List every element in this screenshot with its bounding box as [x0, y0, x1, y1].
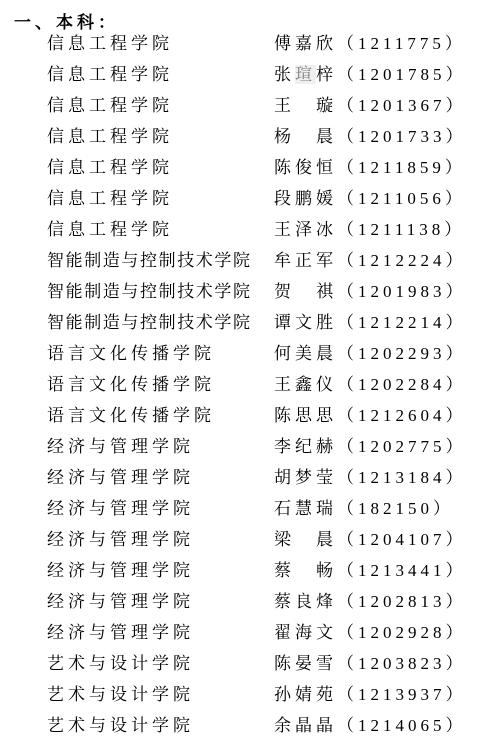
student-name: 贺 祺 [274, 282, 337, 301]
list-item: 艺术与设计学院余晶晶（1214065） [0, 710, 488, 741]
student-id: （1211775） [337, 34, 466, 53]
college-name: 信息工程学院 [47, 152, 173, 183]
student-entry: 贺 祺（1201983） [274, 276, 467, 307]
student-entry: 张瑄梓（1201785） [274, 59, 467, 90]
student-id: （1204107） [337, 530, 467, 549]
student-name: 蔡 畅 [274, 561, 337, 580]
college-name: 语言文化传播学院 [47, 400, 215, 431]
student-name: 段鹏媛 [274, 189, 337, 208]
college-name: 经济与管理学院 [47, 617, 194, 648]
document-page: 一、本科： 信息工程学院傅嘉欣（1211775）信息工程学院张瑄梓（120178… [0, 0, 488, 752]
college-name: 艺术与设计学院 [47, 679, 194, 710]
student-id: （1201733） [337, 127, 467, 146]
college-name: 艺术与设计学院 [47, 710, 194, 741]
student-list: 信息工程学院傅嘉欣（1211775）信息工程学院张瑄梓（1201785）信息工程… [0, 28, 488, 741]
college-name: 经济与管理学院 [47, 493, 194, 524]
student-id: （1213937） [337, 685, 467, 704]
student-name: 陈思思 [274, 406, 337, 425]
list-item: 经济与管理学院翟海文（1202928） [0, 617, 488, 648]
student-entry: 蔡 畅（1213441） [274, 555, 467, 586]
list-item: 语言文化传播学院王鑫仪（1202284） [0, 369, 488, 400]
student-entry: 陈思思（1212604） [274, 400, 467, 431]
student-id: （1201983） [337, 282, 467, 301]
college-name: 经济与管理学院 [47, 555, 194, 586]
student-entry: 胡梦莹（1213184） [274, 462, 467, 493]
college-name: 语言文化传播学院 [47, 369, 215, 400]
list-item: 信息工程学院傅嘉欣（1211775） [0, 28, 488, 59]
student-name: 王泽冰 [274, 220, 337, 239]
student-name: 李纪赫 [274, 437, 337, 456]
list-item: 经济与管理学院胡梦莹（1213184） [0, 462, 488, 493]
student-entry: 余晶晶（1214065） [274, 710, 467, 741]
student-name: 陈俊恒 [274, 158, 337, 177]
college-name: 智能制造与控制技术学院 [47, 245, 252, 276]
list-item: 信息工程学院王泽冰（1211138） [0, 214, 488, 245]
list-item: 智能制造与控制技术学院谭文胜（1212214） [0, 307, 488, 338]
student-id: （1212214） [337, 313, 467, 332]
list-item: 语言文化传播学院何美晨（1202293） [0, 338, 488, 369]
college-name: 经济与管理学院 [47, 431, 194, 462]
student-id: （1202293） [337, 344, 467, 363]
college-name: 信息工程学院 [47, 121, 173, 152]
college-name: 艺术与设计学院 [47, 648, 194, 679]
list-item: 经济与管理学院李纪赫（1202775） [0, 431, 488, 462]
student-entry: 牟正军（1212224） [274, 245, 467, 276]
student-name: 王鑫仪 [274, 375, 337, 394]
list-item: 艺术与设计学院孙婧苑（1213937） [0, 679, 488, 710]
list-item: 经济与管理学院石慧瑞（182150） [0, 493, 488, 524]
college-name: 信息工程学院 [47, 28, 173, 59]
student-id: （1201785） [337, 65, 467, 84]
student-name: 胡梦莹 [274, 468, 337, 487]
student-id: （1203823） [337, 654, 467, 673]
college-name: 智能制造与控制技术学院 [47, 276, 252, 307]
student-id: （1212604） [337, 406, 467, 425]
student-name: 石慧瑞 [274, 499, 337, 518]
student-name: 张瑄梓 [274, 65, 337, 84]
student-id: （1214065） [337, 716, 467, 735]
student-entry: 王鑫仪（1202284） [274, 369, 467, 400]
student-entry: 孙婧苑（1213937） [274, 679, 467, 710]
list-item: 智能制造与控制技术学院牟正军（1212224） [0, 245, 488, 276]
list-item: 经济与管理学院蔡良烽（1202813） [0, 586, 488, 617]
student-id: （1202928） [337, 623, 467, 642]
student-entry: 翟海文（1202928） [274, 617, 467, 648]
student-id: （1213441） [337, 561, 467, 580]
student-name: 孙婧苑 [274, 685, 337, 704]
list-item: 经济与管理学院蔡 畅（1213441） [0, 555, 488, 586]
student-id: （1201367） [337, 96, 467, 115]
student-entry: 蔡良烽（1202813） [274, 586, 467, 617]
college-name: 智能制造与控制技术学院 [47, 307, 252, 338]
student-entry: 梁 晨（1204107） [274, 524, 467, 555]
student-id: （1202813） [337, 592, 467, 611]
student-name: 蔡良烽 [274, 592, 337, 611]
list-item: 信息工程学院陈俊恒（1211859） [0, 152, 488, 183]
student-name: 王 璇 [274, 96, 337, 115]
student-entry: 傅嘉欣（1211775） [274, 28, 466, 59]
list-item: 信息工程学院段鹏媛（1211056） [0, 183, 488, 214]
list-item: 信息工程学院王 璇（1201367） [0, 90, 488, 121]
student-name: 牟正军 [274, 251, 337, 270]
student-entry: 李纪赫（1202775） [274, 431, 467, 462]
student-entry: 段鹏媛（1211056） [274, 183, 466, 214]
list-item: 智能制造与控制技术学院贺 祺（1201983） [0, 276, 488, 307]
student-name: 谭文胜 [274, 313, 337, 332]
college-name: 信息工程学院 [47, 214, 173, 245]
student-entry: 石慧瑞（182150） [274, 493, 454, 524]
student-name: 杨 晨 [274, 127, 337, 146]
student-name: 何美晨 [274, 344, 337, 363]
college-name: 信息工程学院 [47, 183, 173, 214]
list-item: 信息工程学院杨 晨（1201733） [0, 121, 488, 152]
student-id: （1213184） [337, 468, 467, 487]
college-name: 经济与管理学院 [47, 462, 194, 493]
college-name: 语言文化传播学院 [47, 338, 215, 369]
list-item: 艺术与设计学院陈晏雪（1203823） [0, 648, 488, 679]
list-item: 经济与管理学院梁 晨（1204107） [0, 524, 488, 555]
student-entry: 陈晏雪（1203823） [274, 648, 467, 679]
student-name: 梁 晨 [274, 530, 337, 549]
student-entry: 谭文胜（1212214） [274, 307, 467, 338]
student-name: 翟海文 [274, 623, 337, 642]
list-item: 语言文化传播学院陈思思（1212604） [0, 400, 488, 431]
student-name: 陈晏雪 [274, 654, 337, 673]
student-name-part: 张 [274, 65, 295, 84]
student-id: （1211056） [337, 189, 466, 208]
student-id: （1211138） [337, 220, 465, 239]
student-name: 傅嘉欣 [274, 34, 337, 53]
student-id: （1202775） [337, 437, 467, 456]
student-id: （1211859） [337, 158, 466, 177]
list-item: 信息工程学院张瑄梓（1201785） [0, 59, 488, 90]
student-id: （1212224） [337, 251, 467, 270]
college-name: 信息工程学院 [47, 59, 173, 90]
college-name: 经济与管理学院 [47, 524, 194, 555]
college-name: 经济与管理学院 [47, 586, 194, 617]
college-name: 信息工程学院 [47, 90, 173, 121]
student-entry: 王 璇（1201367） [274, 90, 467, 121]
student-entry: 陈俊恒（1211859） [274, 152, 466, 183]
student-name: 余晶晶 [274, 716, 337, 735]
rare-char-highlight: 瑄 [295, 65, 316, 84]
student-name-part: 梓 [316, 65, 337, 84]
student-entry: 何美晨（1202293） [274, 338, 467, 369]
student-id: （1202284） [337, 375, 467, 394]
student-entry: 王泽冰（1211138） [274, 214, 465, 245]
student-id: （182150） [337, 499, 454, 518]
student-entry: 杨 晨（1201733） [274, 121, 467, 152]
